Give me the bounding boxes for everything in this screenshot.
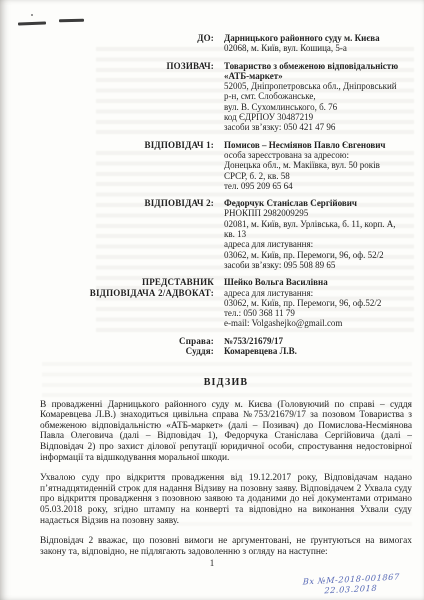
addressee-row: ДО: Дарницького районного суду м. Києва … (0, 33, 424, 54)
defendant2-detail: 03062, м. Київ, пр. Перемоги, 96, оф. 52… (224, 250, 420, 260)
representative-detail: тел.: 050 368 11 79 (224, 308, 420, 318)
representative-row: ПРЕДСТАВНИК ВІДПОВІДАЧА 2/АДВОКАТ: Шейко… (0, 277, 424, 328)
body-paragraph: Відповідач 2 вважає, що позовні вимоги н… (40, 536, 412, 557)
page-number: 1 (0, 558, 424, 568)
defendant2-detail: РНОКПП 2982009295 (224, 208, 420, 218)
defendant1-row: ВІДПОВІДАЧ 1: Помисов – Несміянов Павло … (0, 140, 424, 191)
plaintiff-label: ПОЗИВАЧ: (0, 61, 214, 133)
addressee-label: ДО: (0, 33, 214, 54)
defendant1-detail: Донецька обл., м. Макіївка, вул. 50 рокі… (224, 160, 420, 170)
representative-name: Шейко Вольга Василівна (224, 277, 420, 287)
plaintiff-detail: код ЄДРПОУ 30487219 (224, 112, 420, 122)
representative-detail: 03062, м. Київ, пр. Перемоги, 96, оф.52/… (224, 298, 420, 308)
defendant2-detail: адреса для листування: (224, 239, 420, 249)
handwritten-registration-note: Вх №М-2018-001867 22.03.2018 (278, 571, 424, 598)
judge-row: Суддя: Комаревцева Л.В. (0, 346, 424, 356)
court-name: Дарницького районного суду м. Києва (224, 33, 420, 43)
plaintiff-name-line1: Товариство з обмеженою відповідальністю (224, 61, 420, 71)
judge-label: Суддя: (0, 346, 214, 356)
defendant2-detail: 02081, м. Київ, вул. Урлівська, б. 11, к… (224, 219, 420, 229)
representative-value: Шейко Вольга Василівна адреса для листув… (224, 277, 424, 328)
plaintiff-row: ПОЗИВАЧ: Товариство з обмеженою відповід… (0, 61, 424, 133)
plaintiff-detail: р-н, смт. Слобожанське, (224, 91, 420, 101)
document-title: ВІДЗИВ (40, 378, 412, 389)
plaintiff-detail: вул. В. Сухомлинського, б. 76 (224, 102, 420, 112)
court-address: 02068, м. Київ, вул. Кошица, 5-а (224, 43, 420, 53)
staple-mark (59, 19, 84, 22)
defendant2-detail: засоби зв’язку: 095 508 89 65 (224, 260, 420, 270)
defendant2-label: ВІДПОВІДАЧ 2: (0, 198, 214, 270)
plaintiff-name-line2: «АТБ-маркет» (224, 71, 420, 81)
case-number-row: Справа: №753/21679/17 (0, 336, 424, 346)
plaintiff-value: Товариство з обмеженою відповідальністю … (224, 61, 424, 133)
scan-speck (31, 14, 33, 16)
representative-label: ПРЕДСТАВНИК ВІДПОВІДАЧА 2/АДВОКАТ: (0, 277, 214, 328)
body-paragraph: Ухвалою суду про відкриття провадження в… (40, 473, 412, 526)
addressee-value: Дарницького районного суду м. Києва 0206… (224, 33, 424, 54)
representative-detail: e-mail: Volgashejko@gmail.com (224, 318, 420, 328)
defendant1-value: Помисов – Несміянов Павло Євгенович особ… (224, 140, 424, 191)
staple-mark (18, 22, 46, 25)
defendant2-value: Федорчук Станіслав Сергійович РНОКПП 298… (224, 198, 424, 270)
plaintiff-detail: 52005, Дніпропетровська обл., Дніпровськ… (224, 81, 420, 91)
defendant1-label: ВІДПОВІДАЧ 1: (0, 140, 214, 191)
document-body: ВІДЗИВ В провадженні Дарницького районно… (40, 378, 412, 567)
defendant1-detail: особа зареєстрована за адресою: (224, 150, 420, 160)
party-header: ДО: Дарницького районного суду м. Києва … (0, 33, 424, 356)
representative-detail: адреса для листування: (224, 288, 420, 298)
plaintiff-detail: засоби зв’язку: 050 421 47 96 (224, 122, 420, 132)
defendant2-name: Федорчук Станіслав Сергійович (224, 198, 420, 208)
body-paragraph: В провадженні Дарницького районного суду… (40, 400, 412, 464)
defendant1-name: Помисов – Несміянов Павло Євгенович (224, 140, 420, 150)
case-number-label: Справа: (0, 336, 214, 346)
defendant1-detail: СРСР, б. 2, кв. 58 (224, 171, 420, 181)
defendant2-row: ВІДПОВІДАЧ 2: Федорчук Станіслав Сергійо… (0, 198, 424, 270)
defendant2-detail: кв. 13 (224, 229, 420, 239)
case-number-value: №753/21679/17 (224, 336, 424, 346)
defendant1-detail: тел. 095 209 65 64 (224, 181, 420, 191)
scanned-document-page: ДО: Дарницького районного суду м. Києва … (0, 0, 424, 600)
judge-value: Комаревцева Л.В. (224, 346, 424, 356)
